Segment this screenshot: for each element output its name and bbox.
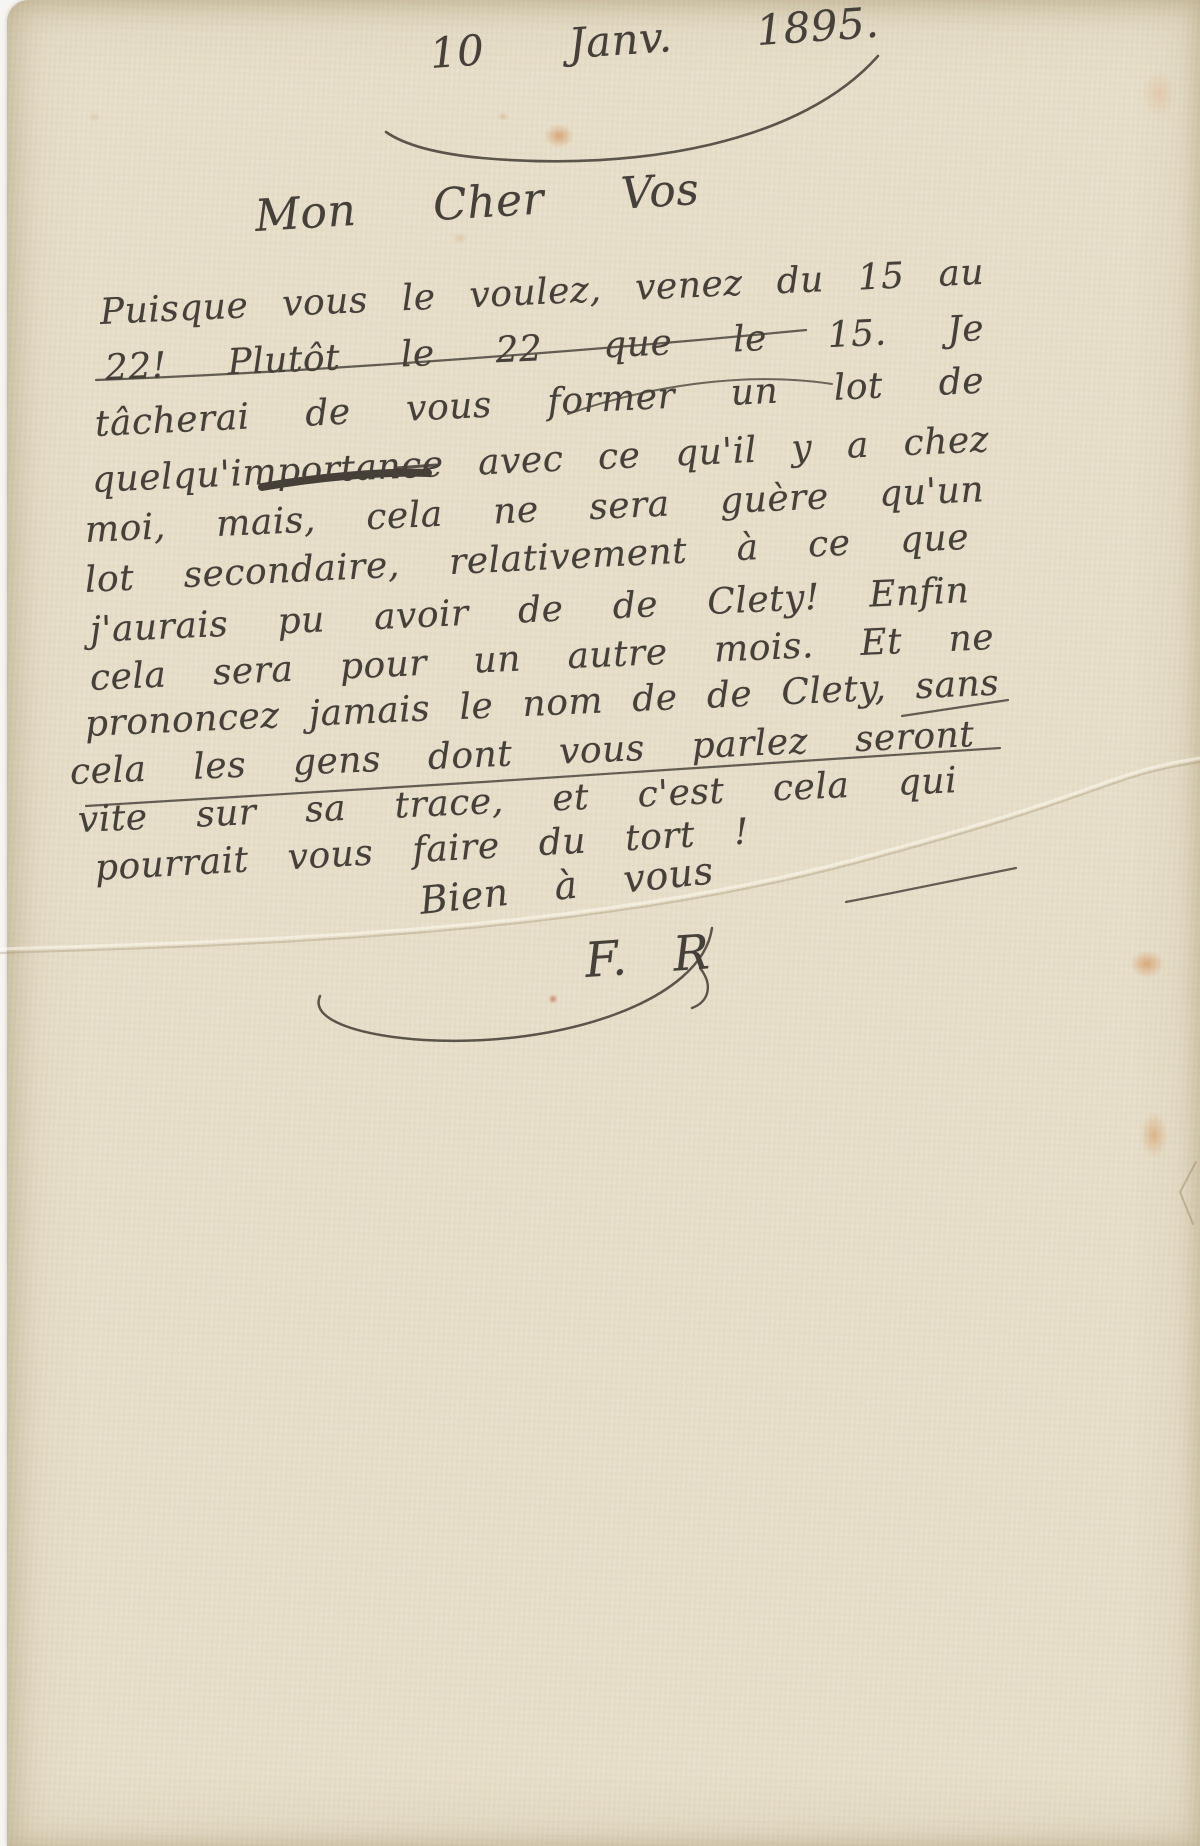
letter-signature: F. R — [583, 925, 712, 989]
scanned-letter: 10 Janv. 1895. Mon Cher Vos Puisque vous… — [0, 0, 1200, 1846]
